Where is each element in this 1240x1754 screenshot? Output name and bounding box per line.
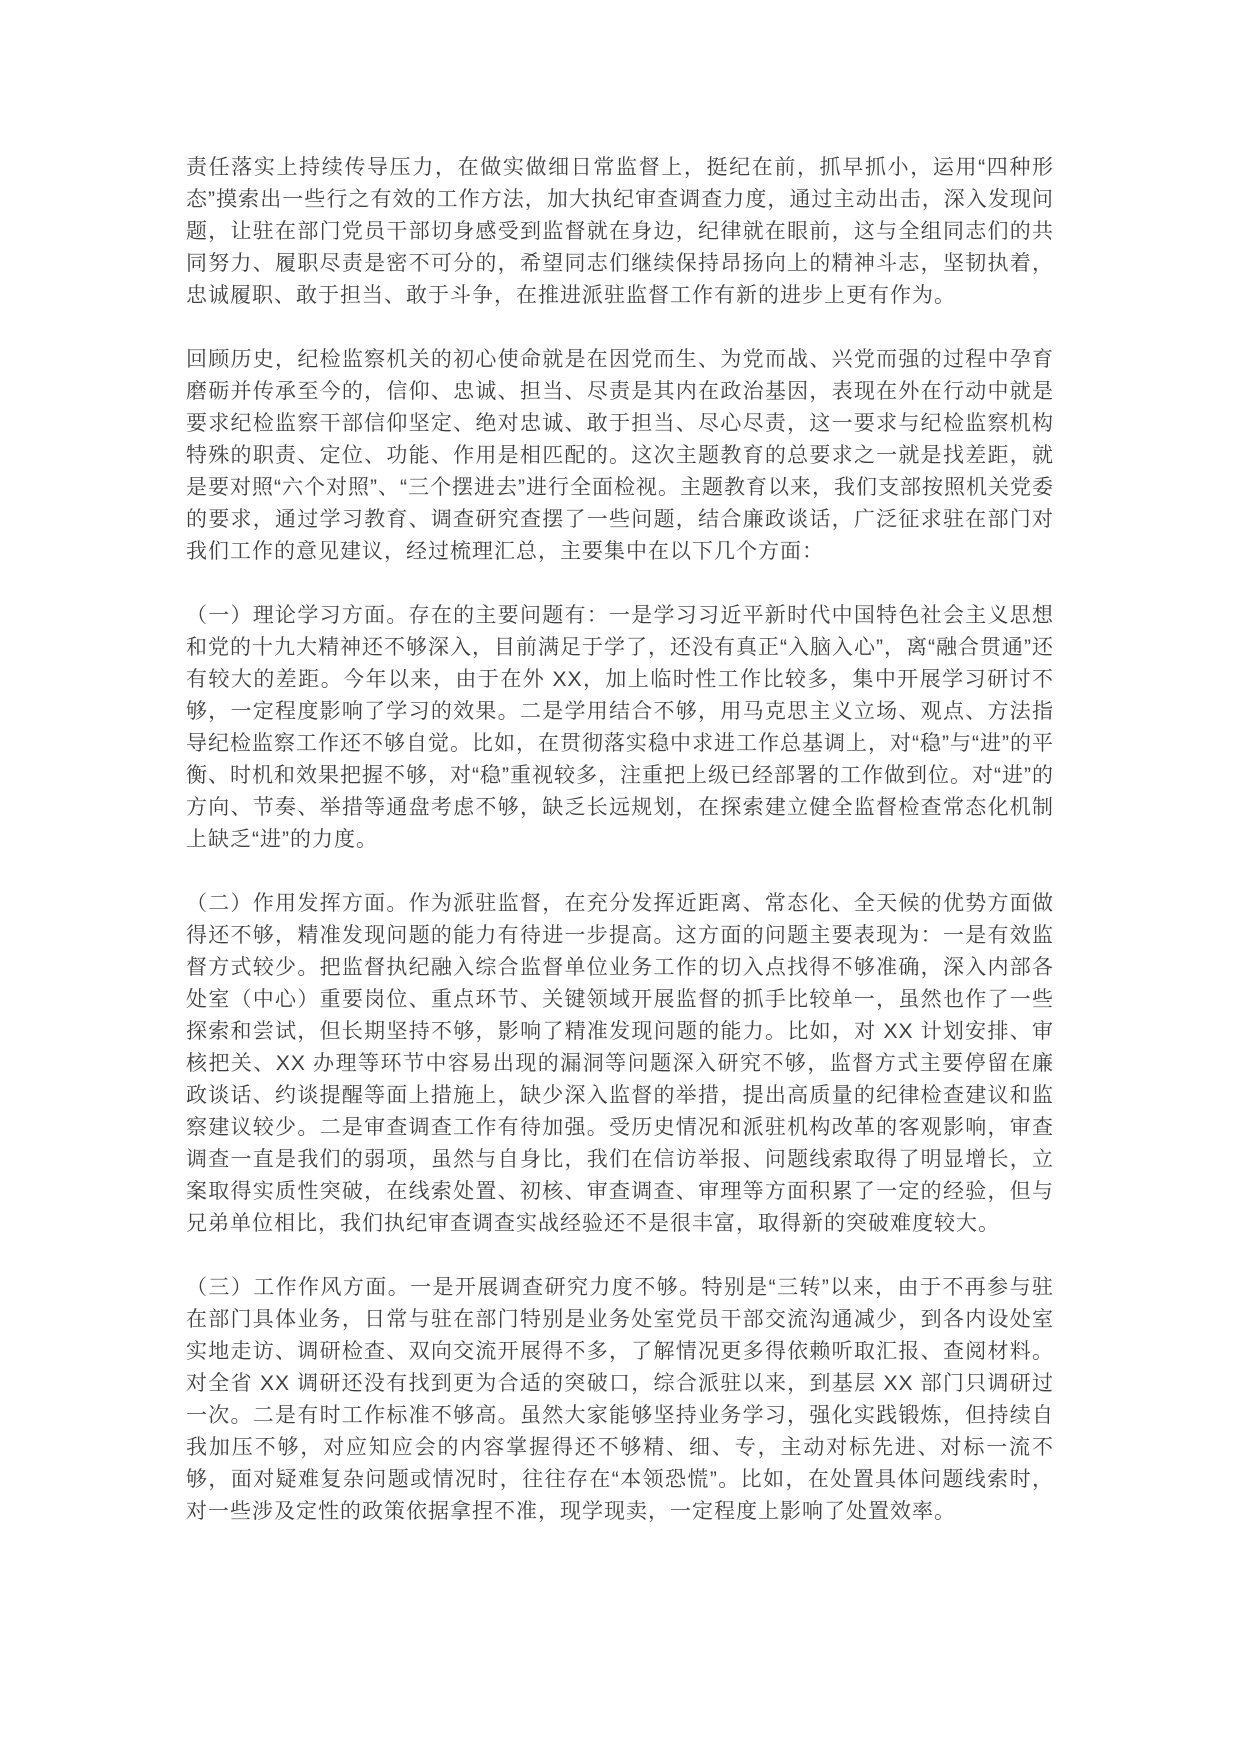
paragraph-intro-responsibility: 责任落实上持续传导压力，在做实做细日常监督上，挺纪在前，抓早抓小，运用“四种形态… <box>186 152 1054 312</box>
paragraph-history-review: 回顾历史，纪检监察机关的初心使命就是在因党而生、为党而战、兴党而强的过程中孕育磨… <box>186 344 1054 568</box>
paragraph-section-3-work-style: （三）工作作风方面。一是开展调查研究力度不够。特别是“三转”以来，由于不再参与驻… <box>186 1272 1054 1528</box>
document-page: 责任落实上持续传导压力，在做实做细日常监督上，挺纪在前，抓早抓小，运用“四种形态… <box>0 0 1240 1754</box>
document-body: 责任落实上持续传导压力，在做实做细日常监督上，挺纪在前，抓早抓小，运用“四种形态… <box>186 152 1054 1528</box>
paragraph-section-2-role-performance: （二）作用发挥方面。作为派驻监督，在充分发挥近距离、常态化、全天候的优势方面做得… <box>186 888 1054 1240</box>
paragraph-section-1-theory-study: （一）理论学习方面。存在的主要问题有：一是学习习近平新时代中国特色社会主义思想和… <box>186 600 1054 856</box>
